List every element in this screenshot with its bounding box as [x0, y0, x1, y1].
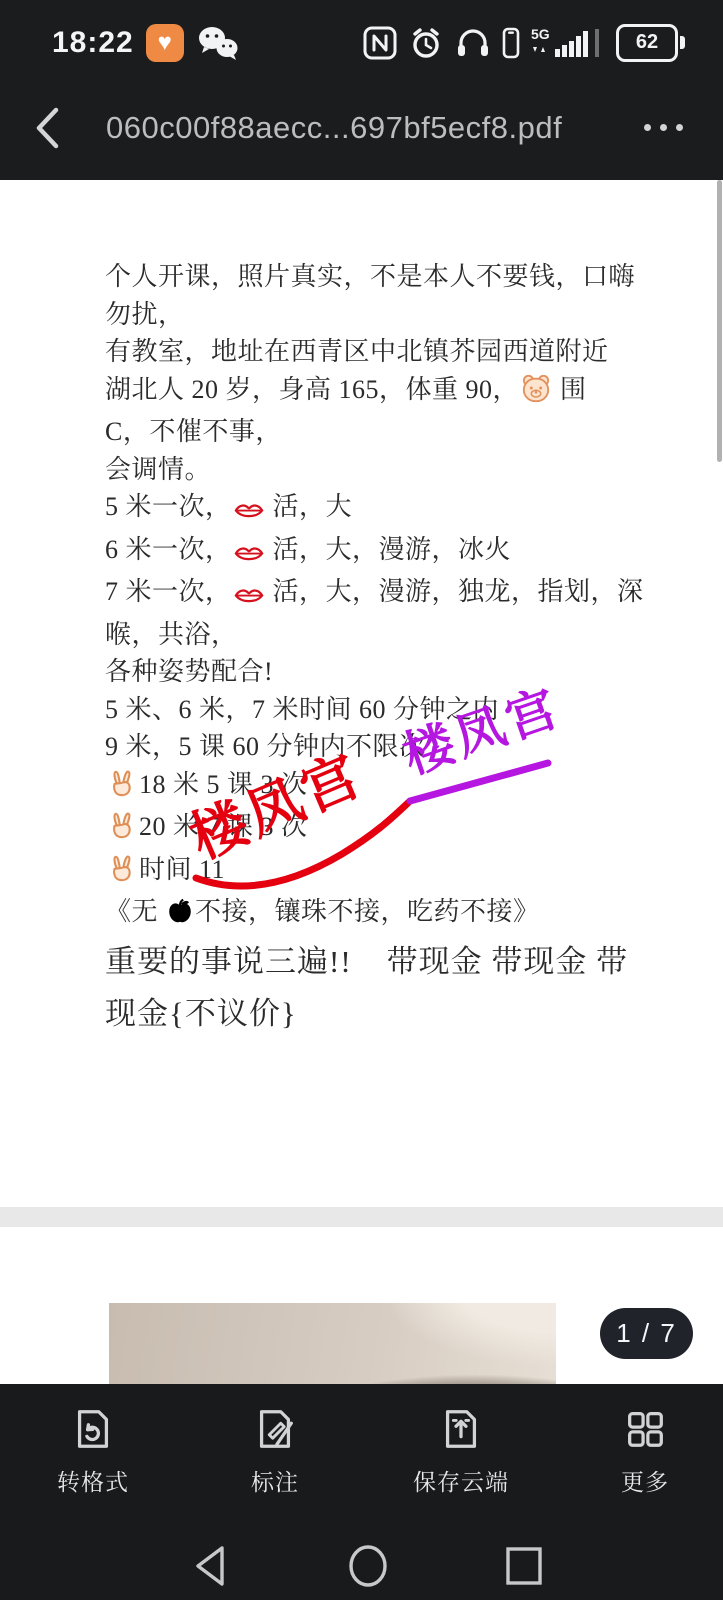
text-run: 20 米 7 课 3 次 [139, 812, 308, 841]
page-separator [0, 1207, 723, 1227]
document-text: 个人开课，照片真实，不是本人不要钱，口嗨勿扰，有教室，地址在西青区中北镇芥园西道… [105, 258, 663, 1040]
more-icon [622, 1406, 668, 1452]
tool-label: 标注 [251, 1464, 299, 1497]
victory-hand-icon [107, 768, 137, 809]
doc-line: 《无 不接，镶珠不接，吃药不接》 [105, 893, 663, 936]
network-label: 5G [531, 26, 550, 42]
recents-icon [503, 1545, 545, 1587]
convert-icon [70, 1406, 116, 1452]
text-run: 7 米一次， [105, 577, 232, 606]
battery-icon: 62 [616, 24, 685, 62]
doc-line: 20 米 7 课 3 次 [105, 808, 663, 851]
text-run: 5 米一次， [105, 492, 232, 521]
doc-line: 有教室，地址在西青区中北镇芥园西道附近 [105, 333, 663, 371]
text-run: 6 米一次， [105, 535, 232, 564]
document-filename: 060c00f88aecc...697bf5ecf8.pdf [106, 110, 644, 146]
text-run: 活，大，漫游，冰火 [266, 535, 512, 564]
doc-line: 喉，共浴， [105, 616, 663, 654]
text-run: 5 米、6 米，7 米时间 60 分钟之内 [105, 695, 499, 724]
text-run: 《无 [105, 897, 165, 926]
bear-face-icon [521, 373, 551, 414]
doc-line: 6 米一次， 活，大，漫游，冰火 [105, 531, 663, 574]
nav-recents-button[interactable] [498, 1540, 550, 1592]
doc-line: 重要的事说三遍!! 带现金 带现金 带 [105, 936, 663, 988]
more-options-button[interactable] [644, 114, 683, 141]
chevron-left-icon [34, 106, 60, 150]
home-icon [345, 1543, 391, 1589]
text-run: C，不催不事， [105, 417, 282, 446]
wechat-icon [196, 25, 240, 61]
lips-icon [234, 536, 264, 574]
tool-label: 转格式 [57, 1464, 129, 1497]
victory-hand-icon [107, 853, 137, 894]
title-bar: 060c00f88aecc...697bf5ecf8.pdf [0, 85, 723, 180]
tool-label: 保存云端 [413, 1464, 509, 1497]
scrollbar[interactable] [717, 180, 722, 462]
lips-icon [234, 578, 264, 616]
doc-line: 5 米、6 米，7 米时间 60 分钟之内 [105, 691, 663, 729]
text-run: 湖北人 20 岁，身高 165，体重 90， [105, 375, 519, 404]
page-indicator: 1 / 7 [600, 1308, 693, 1359]
back-button[interactable] [34, 103, 78, 153]
pdf-page-2: 1 / 7 [0, 1227, 723, 1384]
phone-screen: 18:22 ♥ [0, 0, 723, 1600]
tool-label: 更多 [621, 1464, 669, 1497]
photo-preview [109, 1303, 556, 1384]
text-run: 18 米 5 课 3 次 [139, 770, 308, 799]
doc-line: 各种姿势配合! [105, 653, 663, 691]
doc-line: 9 米，5 课 60 分钟内不限次 [105, 728, 663, 766]
doc-line: 湖北人 20 岁，身高 165，体重 90， 围 [105, 371, 663, 414]
heart-app-icon: ♥ [146, 24, 184, 62]
alarm-icon [408, 25, 444, 61]
text-run: 9 米，5 课 60 分钟内不限次 [105, 732, 426, 761]
page-indicator-label: 1 / 7 [616, 1318, 677, 1349]
text-run: 个人开课，照片真实，不是本人不要钱，口嗨 [105, 262, 635, 291]
doc-line: 5 米一次， 活，大 [105, 488, 663, 531]
text-run: 重要的事说三遍!! 带现金 带现金 带 [105, 944, 628, 979]
black-apple-icon [167, 897, 193, 936]
doc-line: 会调情。 [105, 451, 663, 489]
doc-line: C，不催不事， [105, 413, 663, 451]
text-run: 不接，镶珠不接，吃药不接》 [195, 897, 540, 926]
text-run: 各种姿势配合! [105, 657, 273, 686]
text-run: 活，大，漫游，独龙，指划，深 [266, 577, 644, 606]
text-run: 围 [553, 375, 587, 404]
pdf-viewport[interactable]: 个人开课，照片真实，不是本人不要钱，口嗨勿扰，有教室，地址在西青区中北镇芥园西道… [0, 180, 723, 1384]
annotate-button[interactable]: 标注 [210, 1406, 340, 1497]
text-run: 有教室，地址在西青区中北镇芥园西道附近 [105, 337, 609, 366]
lips-icon [234, 493, 264, 531]
phone-icon [502, 27, 520, 59]
doc-line: 18 米 5 课 3 次 [105, 766, 663, 809]
nfc-icon [363, 26, 397, 60]
save-cloud-icon [438, 1406, 484, 1452]
text-run: 现金{不议价} [105, 996, 297, 1031]
save-cloud-button[interactable]: 保存云端 [396, 1406, 526, 1497]
doc-line: 勿扰， [105, 296, 663, 334]
nav-back-button[interactable] [184, 1540, 236, 1592]
nav-home-button[interactable] [342, 1540, 394, 1592]
text-run: 勿扰， [105, 300, 185, 329]
pdf-page-1: 个人开课，照片真实，不是本人不要钱，口嗨勿扰，有教室，地址在西青区中北镇芥园西道… [0, 180, 723, 1207]
back-icon [190, 1544, 230, 1588]
doc-line: 个人开课，照片真实，不是本人不要钱，口嗨 [105, 258, 663, 296]
annotate-icon [252, 1406, 298, 1452]
clock-time: 18:22 [52, 26, 134, 60]
status-bar: 18:22 ♥ [0, 0, 723, 85]
signal-icon: 5G [531, 25, 605, 61]
doc-line: 现金{不议价} [105, 988, 663, 1040]
doc-line: 时间 11 [105, 851, 663, 894]
doc-line: 7 米一次， 活，大，漫游，独龙，指划，深 [105, 573, 663, 616]
more-button[interactable]: 更多 [580, 1406, 710, 1497]
convert-format-button[interactable]: 转格式 [28, 1406, 158, 1497]
text-run: 喉，共浴， [105, 620, 238, 649]
text-run: 会调情。 [105, 455, 211, 484]
headset-icon [455, 26, 491, 60]
text-run: 时间 11 [139, 855, 225, 884]
battery-percent: 62 [616, 24, 678, 62]
victory-hand-icon [107, 810, 137, 851]
text-run: 活，大 [266, 492, 353, 521]
